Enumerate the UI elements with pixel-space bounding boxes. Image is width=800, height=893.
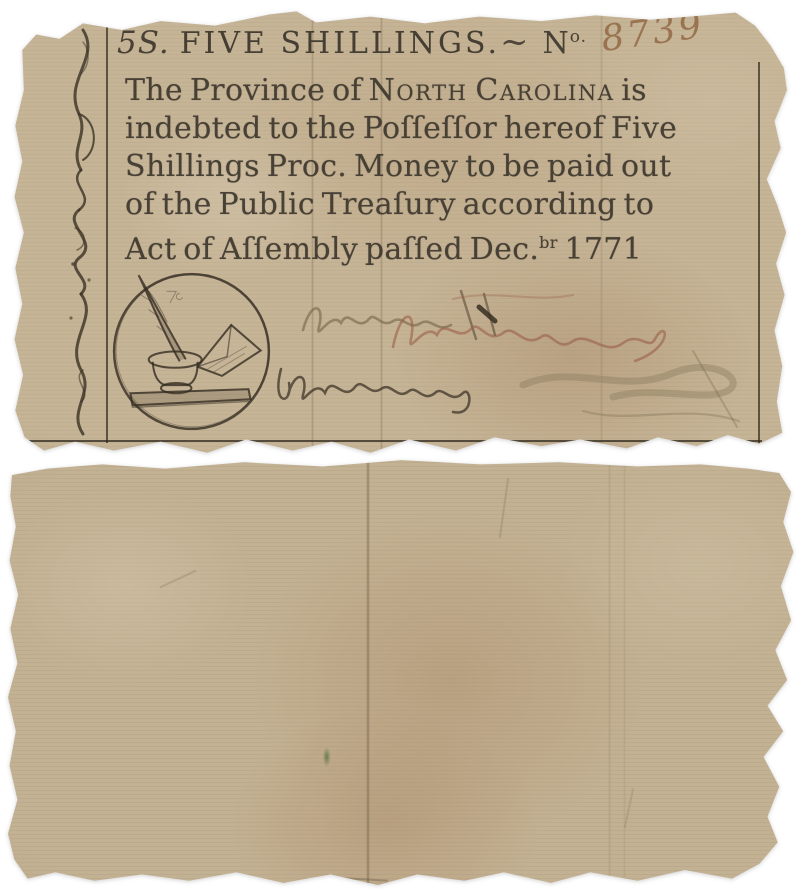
center-fold-crease: [366, 458, 370, 885]
note-front: 5S.FIVE SHILLINGS.~No. 8739 The Province…: [13, 10, 790, 455]
scrollwork-border-icon: [53, 18, 107, 448]
signature-upper: [303, 308, 451, 331]
text-line: indebted to the Poſſeſſor hereof Five: [125, 110, 773, 148]
note-back: [8, 458, 795, 885]
signature-faint-swash: [523, 367, 733, 397]
denomination-title: FIVE SHILLINGS.: [180, 26, 500, 61]
signature-john-harvey: [278, 369, 469, 413]
text-line: Shillings Proc. Money to be paid out: [125, 148, 773, 186]
denomination-abbrev: 5S.: [117, 25, 170, 61]
text-line: The Province of North Carolina is: [125, 72, 773, 110]
flourish-glyph: ~: [500, 22, 529, 62]
paper-back: [8, 458, 795, 885]
obligation-text: The Province of North Carolina is indebt…: [125, 72, 773, 269]
signature-faint-line: [583, 411, 739, 421]
text-line: Act of Aſſembly paſſed Dec.br 1771: [125, 224, 773, 269]
number-label: No.: [542, 26, 587, 61]
text-line: of the Public Treaſury according to: [125, 186, 773, 224]
photo-canvas: { "colors": { "background": "#ffffff", "…: [0, 0, 800, 893]
fold-crease: [608, 458, 611, 885]
signature-red-flourish: [453, 295, 573, 299]
signatures-area: [153, 285, 765, 447]
